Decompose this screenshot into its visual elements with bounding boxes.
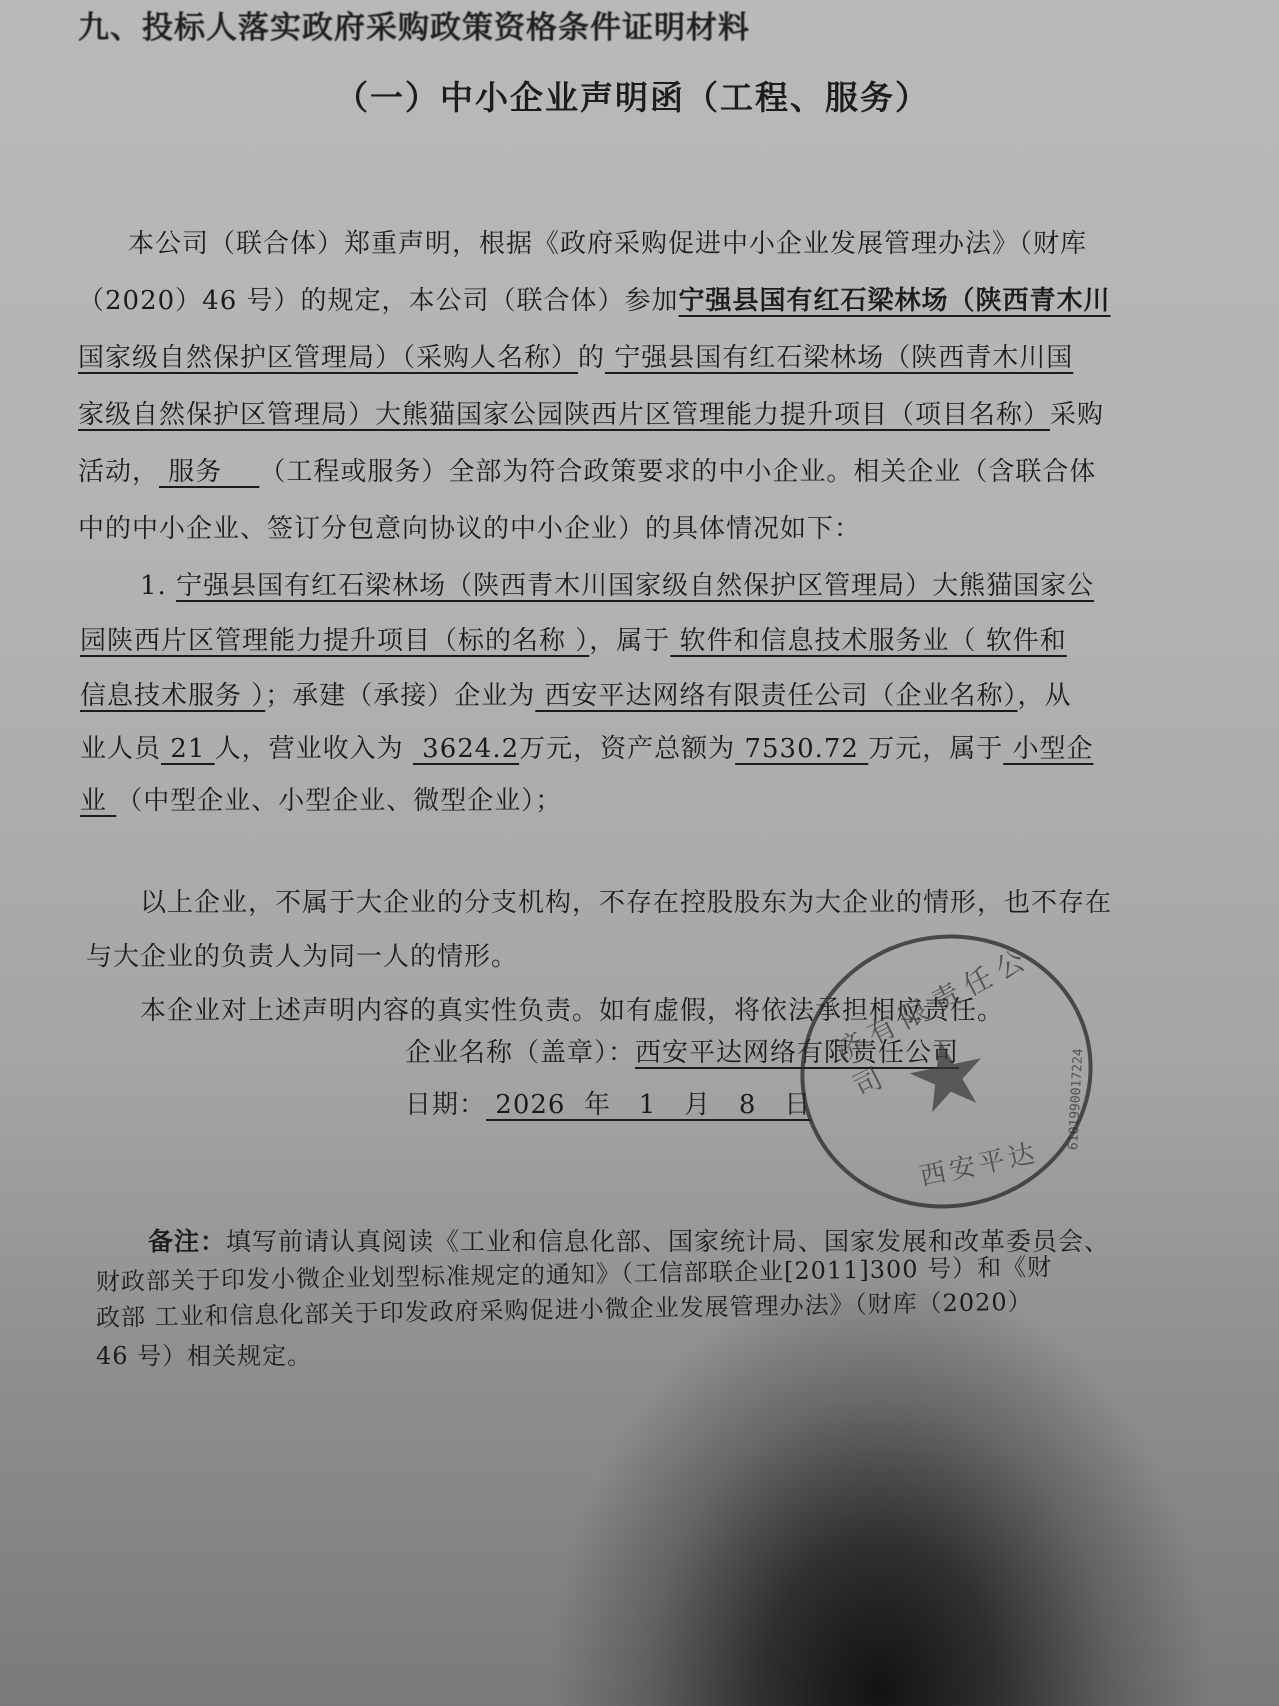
assets-label: 万元，资产总额为	[519, 734, 735, 764]
subject-name-field: 宁强县国有红石梁林场（陕西青木川国家级自然保护区管理局）大熊猫国家公	[176, 571, 1094, 601]
document-page: 九、投标人落实政府采购政策资格条件证明材料 （一）中小企业声明函（工程、服务） …	[0, 0, 1279, 1706]
employees-label: 业人员	[80, 734, 161, 764]
belongs-to-label: ，属于	[589, 626, 670, 656]
item-1-line-1: 1. 宁强县国有红石梁林场（陕西青木川国家级自然保护区管理局）大熊猫国家公	[140, 565, 1094, 602]
date-label: 日期：	[405, 1090, 486, 1120]
date-value: 2026 年 1 月 8 日	[486, 1090, 811, 1120]
size-label: 万元，属于	[868, 734, 1003, 764]
purchaser-name-field: 宁强县国有红石梁林场（陕西青木川	[679, 286, 1111, 316]
subject-name-field-cont: 园陕西片区管理能力提升项目（标的名称 ）	[80, 626, 589, 656]
activity-description: （工程或服务）全部为符合政策要求的中小企业。相关企业（含联合体	[259, 457, 1096, 487]
item-1-line-3: 信息技术服务 ）；承建（承接）企业为 西安平达网络有限责任公司（企业名称），从	[80, 675, 1072, 712]
purchaser-name-field-cont: 国家级自然保护区管理局）（采购人名称）	[78, 343, 578, 373]
enterprise-size-field-cont: 业	[80, 786, 116, 816]
project-name-field: 宁强县国有红石梁林场（陕西青木川国	[605, 343, 1073, 373]
revenue-value: 3624.2	[413, 734, 519, 764]
signature-date: 日期： 2026 年 1 月 8 日	[405, 1084, 811, 1121]
company-seal-stamp: 济有限责任公司 ★ 6101990017224 西安平达	[775, 908, 1118, 1236]
note-line-4: 46 号）相关规定。	[96, 1336, 312, 1371]
size-options: （中型企业、小型企业、微型企业）；	[116, 786, 562, 816]
connector-text: 的	[578, 343, 605, 373]
industry-field-cont: 信息技术服务 ）	[80, 681, 265, 711]
stamp-bottom-text: 西安平达	[916, 1132, 1041, 1193]
stamp-code: 6101990017224	[1066, 1048, 1086, 1150]
revenue-label: 人，营业收入为	[215, 734, 413, 764]
statement-1-line-2: 与大企业的负责人为同一人的情形。	[86, 936, 518, 973]
item-1-line-4: 业人员 21 人，营业收入为 3624.2万元，资产总额为 7530.72 万元…	[80, 728, 1094, 765]
industry-field: 软件和信息技术服务业（ 软件和	[670, 626, 1067, 656]
declaration-line-6: 中的中小企业、签订分包意向协议的中小企业）的具体情况如下：	[78, 508, 861, 545]
company-seal-label: 企业名称（盖章）：	[405, 1038, 635, 1068]
declaration-line-5: 活动， 服务 （工程或服务）全部为符合政策要求的中小企业。相关企业（含联合体	[78, 451, 1096, 488]
regulation-reference: （2020）46 号）的规定，本公司（联合体）参加	[78, 286, 679, 316]
contractor-company-field: 西安平达网络有限责任公司（企业名称）	[535, 681, 1017, 711]
declaration-line-1: 本公司（联合体）郑重声明，根据《政府采购促进中小企业发展管理办法》（财库	[128, 223, 1087, 260]
activity-description-cont: 中的中小企业、签订分包意向协议的中小企业）的具体情况如下：	[78, 514, 861, 544]
declaration-line-2: （2020）46 号）的规定，本公司（联合体）参加宁强县国有红石梁林场（陕西青木…	[78, 280, 1111, 317]
section-heading: 九、投标人落实政府采购政策资格条件证明材料	[78, 2, 750, 47]
employees-prefix: ，从	[1018, 681, 1072, 711]
declaration-intro: 本公司（联合体）郑重声明，根据《政府采购促进中小企业发展管理办法》（财库	[128, 229, 1087, 259]
procurement-type-field: 服务	[159, 457, 259, 487]
note-label: 备注：	[148, 1227, 226, 1256]
contractor-label: ；承建（承接）企业为	[265, 681, 535, 711]
assets-value: 7530.72	[735, 734, 868, 764]
activity-label: 活动，	[78, 457, 159, 487]
item-1-line-5: 业 （中型企业、小型企业、微型企业）；	[80, 780, 562, 817]
item-number: 1.	[140, 571, 167, 601]
item-1-line-2: 园陕西片区管理能力提升项目（标的名称 ），属于 软件和信息技术服务业（ 软件和	[80, 620, 1067, 657]
statement-1-line-1: 以上企业，不属于大企业的分支机构，不存在控股股东为大企业的情形，也不存在	[140, 882, 1112, 919]
employees-value: 21	[161, 734, 215, 764]
declaration-line-4: 家级自然保护区管理局）大熊猫国家公园陕西片区管理能力提升项目（项目名称）采购	[78, 394, 1104, 431]
enterprise-size-field: 小型企	[1003, 734, 1093, 764]
project-name-field-cont: 家级自然保护区管理局）大熊猫国家公园陕西片区管理能力提升项目（项目名称）	[78, 400, 1050, 430]
procurement-text: 采购	[1050, 400, 1104, 430]
declaration-line-3: 国家级自然保护区管理局）（采购人名称）的 宁强县国有红石梁林场（陕西青木川国	[78, 337, 1073, 374]
form-title: （一）中小企业声明函（工程、服务）	[335, 72, 930, 119]
